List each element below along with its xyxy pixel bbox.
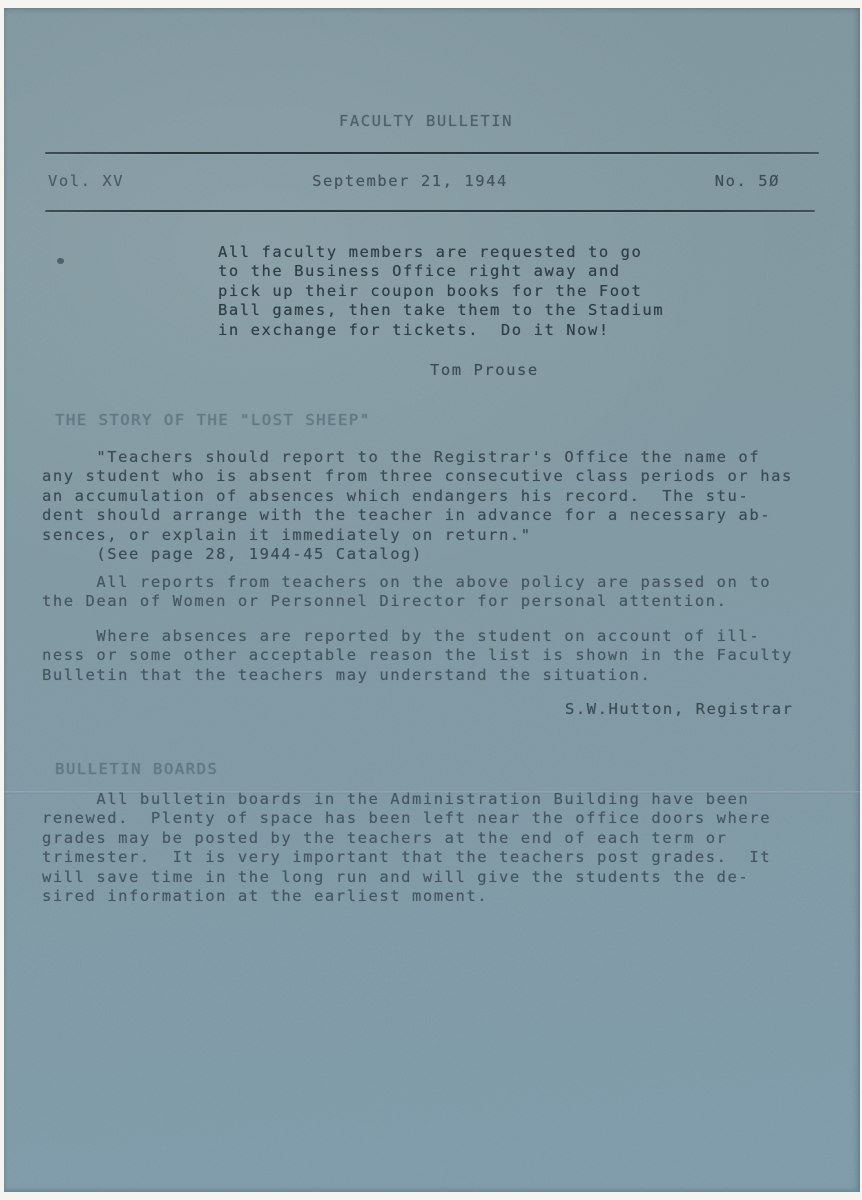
catalog-quote-paragraph: "Teachers should report to the Registrar… <box>42 448 793 564</box>
paper-sheet: FACULTY BULLETIN Vol. XV September 21, 1… <box>4 8 860 1192</box>
section-heading-lost-sheep: THE STORY OF THE "LOST SHEEP" <box>55 411 371 430</box>
page-title: FACULTY BULLETIN <box>4 112 848 131</box>
ink-speck <box>56 257 65 265</box>
scanned-bulletin-page: { "doc": { "title": "FACULTY BULLETIN", … <box>0 0 862 1200</box>
issue-date: September 21, 1944 <box>4 172 816 191</box>
masthead: Vol. XV September 21, 1944 No. 5Ø <box>4 172 860 192</box>
paper-bottom-edge <box>4 1189 860 1192</box>
masthead-rule-top <box>45 152 819 154</box>
bulletin-boards-paragraph: All bulletin boards in the Administratio… <box>42 790 771 906</box>
registrar-signature: S.W.Hutton, Registrar <box>565 700 794 719</box>
football-coupon-notice: All faculty members are requested to go … <box>218 243 664 340</box>
masthead-rule-bottom <box>45 210 815 212</box>
notice-signature: Tom Prouse <box>430 361 539 380</box>
section-heading-bulletin-boards: BULLETIN BOARDS <box>55 760 218 779</box>
reports-policy-paragraph: All reports from teachers on the above p… <box>42 573 771 612</box>
issue-number: No. 5Ø <box>715 172 780 191</box>
illness-absence-paragraph: Where absences are reported by the stude… <box>42 627 793 685</box>
